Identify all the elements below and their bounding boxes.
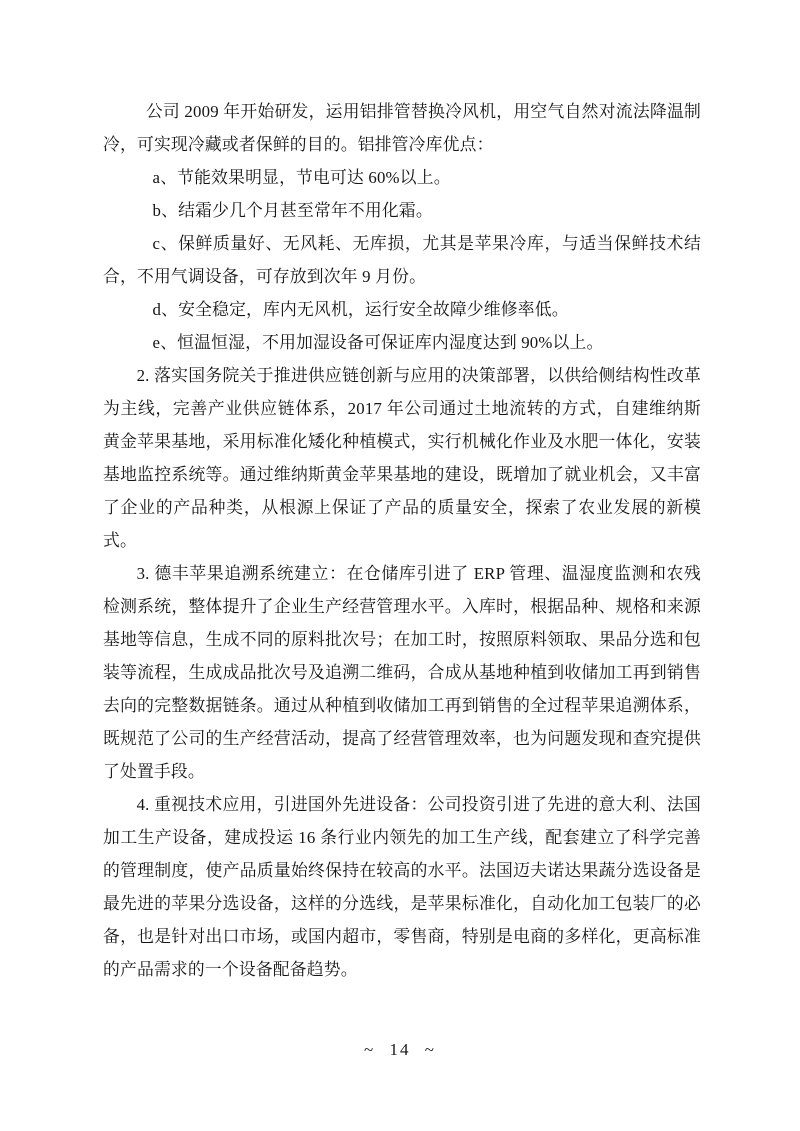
document-page: 公司 2009 年开始研发，运用铝排管替换冷风机，用空气自然对流法降温制冷，可实… [0,0,800,1131]
numbered-paragraph: 3. 德丰苹果追溯系统建立：在仓储库引进了 ERP 管理、温湿度监测和农残检测系… [103,557,701,788]
body-paragraph: 公司 2009 年开始研发，运用铝排管替换冷风机，用空气自然对流法降温制冷，可实… [103,95,701,161]
list-item: d、安全稳定，库内无风机，运行安全故障少维修率低。 [103,293,701,326]
document-body: 公司 2009 年开始研发，运用铝排管替换冷风机，用空气自然对流法降温制冷，可实… [103,95,701,986]
numbered-paragraph: 4. 重视技术应用，引进国外先进设备：公司投资引进了先进的意大利、法国加工生产设… [103,788,701,986]
numbered-paragraph: 2. 落实国务院关于推进供应链创新与应用的决策部署，以供给侧结构性改革为主线，完… [103,359,701,557]
list-item: c、保鲜质量好、无风耗、无库损，尤其是苹果冷库，与适当保鲜技术结合，不用气调设备… [103,227,701,293]
list-item: a、节能效果明显，节电可达 60%以上。 [103,161,701,194]
list-item: e、恒温恒湿，不用加湿设备可保证库内湿度达到 90%以上。 [103,326,701,359]
page-footer: ~ 14 ~ [0,1040,800,1060]
list-item: b、结霜少几个月甚至常年不用化霜。 [103,194,701,227]
page-number: ~ 14 ~ [364,1040,436,1059]
